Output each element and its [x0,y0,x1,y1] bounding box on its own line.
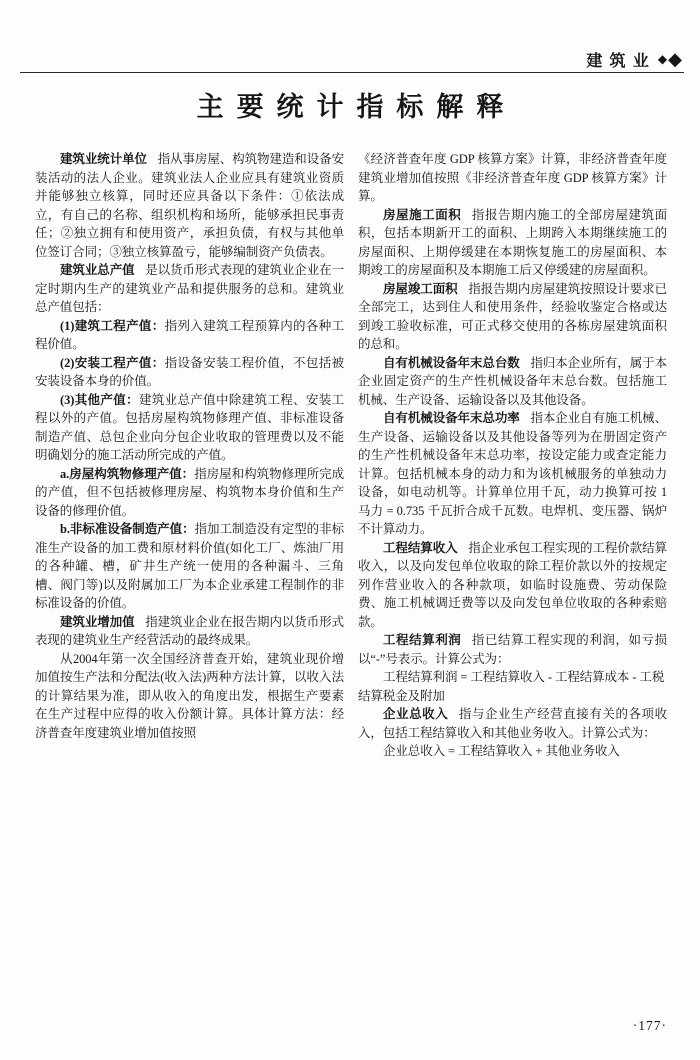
paragraph-construction-stat-unit: 建筑业统计单位指从事房屋、构筑物建造和设备安装活动的法人企业。建筑业法人企业应具… [35,150,344,261]
paragraph-item-1: (1)建筑工程产值：指列入建筑工程预算内的各种工程价值。 [35,317,344,354]
paragraph-item-2: (2)安装工程产值：指设备安装工程价值，不包括被安装设备本身的价值。 [35,354,344,391]
text-columns: 建筑业统计单位指从事房屋、构筑物建造和设备安装活动的法人企业。建筑业法人企业应具… [35,150,667,761]
term: 企业总收入 [383,707,448,721]
paragraph-total-revenue: 企业总收入指与企业生产经营直接有关的各项收入，包括工程结算收入和其他业务收入。计… [358,705,667,742]
term: 房屋施工面积 [383,208,461,222]
paragraph-item-3: (3)其他产值：建筑业总产值中除建筑工程、安装工程以外的产值。包括房屋构筑物修理… [35,391,344,465]
running-head: 建筑业◆◆ [586,48,682,71]
formula-text: 工程结算利润 = 工程结算收入 - 工程结算成本 - 工税结算税金及附加 [358,670,664,703]
paragraph-gdp-plan-continuation: 《经济普查年度 GDP 核算方案》计算，非经济普查年度建筑业增加值按照《非经济普… [358,150,667,206]
page-title: 主要统计指标解释 [0,85,700,124]
definition-text: 指本企业自有施工机械、生产设备、运输设备以及其他设备等列为在册固定资产的生产性机… [358,411,667,536]
paragraph-settlement-income: 工程结算收入指企业承包工程实现的工程价款结算收入，以及向发包单位收取的除工程价款… [358,539,667,632]
term: (3)其他产值： [60,393,139,407]
paragraph-floor-space-under-construction: 房屋施工面积指报告期内施工的全部房屋建筑面积，包括本期新开工的面积、上期跨入本期… [358,206,667,280]
paragraph-item-b: b.非标准设备制造产值：指加工制造没有定型的非标准生产设备的加工费和原材料价值(… [35,520,344,613]
term: 工程结算收入 [383,541,458,555]
definition-text: 从2004年第一次全国经济普查开始，建筑业现价增加值按生产法和分配法(收入法)两… [35,652,344,740]
term: 工程结算利润 [383,633,461,647]
paragraph-floor-space-completed: 房屋竣工面积指报告期内房屋建筑按照设计要求已全部完工，达到住人和使用条件，经验收… [358,280,667,354]
term: 建筑业总产值 [60,263,135,277]
left-column: 建筑业统计单位指从事房屋、构筑物建造和设备安装活动的法人企业。建筑业法人企业应具… [35,150,344,761]
term: 自有机械设备年末总台数 [383,356,520,370]
term: 房屋竣工面积 [383,282,458,296]
paragraph-settlement-profit: 工程结算利润指已结算工程实现的利润，如亏损以“-”号表示。计算公式为： [358,631,667,668]
paragraph-census-method: 从2004年第一次全国经济普查开始，建筑业现价增加值按生产法和分配法(收入法)两… [35,650,344,743]
formula-total-revenue: 企业总收入 = 工程结算收入 + 其他业务收入 [358,742,667,761]
term: 自有机械设备年末总功率 [383,411,520,425]
paragraph-machinery-power: 自有机械设备年末总功率指本企业自有施工机械、生产设备、运输设备以及其他设备等列为… [358,409,667,539]
term: b.非标准设备制造产值： [60,522,195,536]
formula-text: 企业总收入 = 工程结算收入 + 其他业务收入 [383,744,620,758]
document-page: 建筑业◆◆ 主要统计指标解释 建筑业统计单位指从事房屋、构筑物建造和设备安装活动… [0,0,700,1060]
paragraph-machinery-number: 自有机械设备年末总台数指归本企业所有，属于本企业固定资产的生产性机械设备年末总台… [358,354,667,410]
paragraph-item-a: a.房屋构筑物修理产值：指房屋和构筑物修理所完成的产值，但不包括被修理房屋、构筑… [35,465,344,521]
definition-text: 指从事房屋、构筑物建造和设备安装活动的法人企业。建筑业法人企业应具有建筑业资质并… [35,152,344,259]
paragraph-gross-output: 建筑业总产值是以货币形式表现的建筑业企业在一定时期内生产的建筑业产品和提供服务的… [35,261,344,317]
term: (2)安装工程产值： [60,356,165,370]
term: (1)建筑工程产值： [60,319,165,333]
section-label: 建筑业 [586,48,656,71]
paragraph-value-added: 建筑业增加值指建筑业企业在报告期内以货币形式表现的建筑业生产经营活动的最终成果。 [35,613,344,650]
diamond-large-icon: ◆ [668,49,682,70]
page-number: ·177· [633,1018,667,1034]
term: 建筑业增加值 [60,615,135,629]
right-column: 《经济普查年度 GDP 核算方案》计算，非经济普查年度建筑业增加值按照《非经济普… [358,150,667,761]
header-rule [20,72,684,73]
definition-text: 《经济普查年度 GDP 核算方案》计算，非经济普查年度建筑业增加值按照《非经济普… [358,152,667,203]
term: a.房屋构筑物修理产值： [60,467,194,481]
diamond-small-icon: ◆ [658,52,667,67]
term: 建筑业统计单位 [60,152,147,166]
formula-settlement-profit: 工程结算利润 = 工程结算收入 - 工程结算成本 - 工税结算税金及附加 [358,668,667,705]
